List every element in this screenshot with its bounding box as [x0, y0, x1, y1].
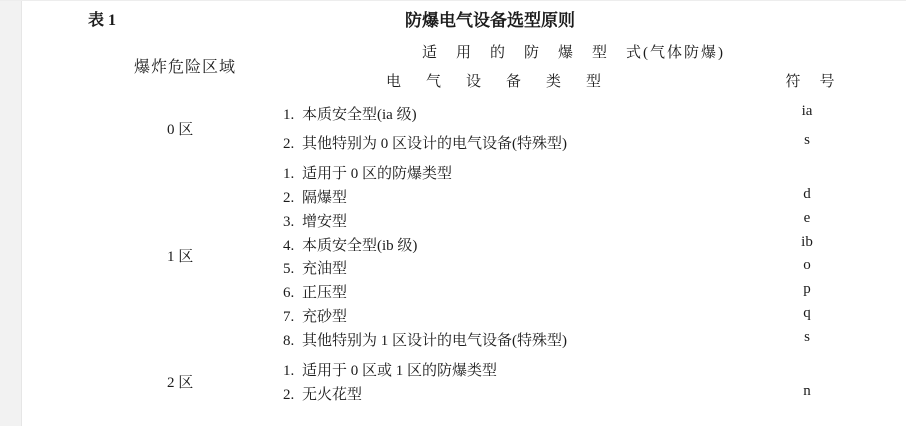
item-number: 1. [283, 107, 302, 124]
item-text: 隔爆型 [302, 190, 347, 206]
item-number: 3. [283, 214, 302, 231]
item-text: 正压型 [302, 285, 347, 301]
item-text: 本质安全型(ia 级) [302, 107, 417, 123]
item-text: 适用于 0 区或 1 区的防爆类型 [302, 363, 497, 379]
table-row: 4.本质安全型(ib 级) ib [0, 234, 906, 252]
item-text: 充砂型 [302, 309, 347, 325]
table-row: 3.增安型 e [0, 210, 906, 228]
table-row: 1.本质安全型(ia 级) ia [0, 103, 906, 121]
column-header-symbol: 符 号 [785, 70, 836, 91]
item-symbol: e [804, 210, 811, 227]
table-row: 1.适用于 0 区或 1 区的防爆类型 [0, 359, 906, 377]
table-row: 7.充砂型 q [0, 305, 906, 323]
item-text: 其他特别为 0 区设计的电气设备(特殊型) [302, 136, 567, 152]
item-number: 2. [283, 136, 302, 153]
table-number-label: 表 1 [88, 7, 116, 30]
item-number: 6. [283, 285, 302, 302]
item-number: 8. [283, 333, 302, 350]
item-text: 充油型 [302, 261, 347, 277]
item-text: 其他特别为 1 区设计的电气设备(特殊型) [302, 333, 567, 349]
item-symbol: p [803, 281, 811, 298]
item-number: 2. [283, 387, 302, 404]
item-symbol: n [803, 383, 811, 400]
document-page: 表 1 防爆电气设备选型原则 爆炸危险区域 适 用 的 防 爆 型 式(气体防爆… [0, 0, 906, 426]
column-header-protection-type: 适 用 的 防 爆 型 式(气体防爆) [422, 41, 725, 62]
table-row: 2.隔爆型 d [0, 186, 906, 204]
table-row: 5.充油型 o [0, 257, 906, 275]
page-title: 防爆电气设备选型原则 [405, 6, 575, 31]
table-row: 8.其他特别为 1 区设计的电气设备(特殊型) s [0, 329, 906, 347]
item-symbol: d [803, 186, 811, 203]
item-number: 1. [283, 166, 302, 183]
item-number: 4. [283, 238, 302, 255]
item-text: 无火花型 [302, 387, 362, 403]
item-text: 本质安全型(ib 级) [302, 238, 417, 254]
table-row: 1.适用于 0 区的防爆类型 [0, 162, 906, 180]
item-number: 7. [283, 309, 302, 326]
column-header-equipment-type: 电 气 设 备 类 型 [386, 70, 606, 91]
item-symbol: ib [801, 234, 813, 251]
item-symbol: q [803, 305, 811, 322]
item-number: 1. [283, 363, 302, 380]
item-text: 适用于 0 区的防爆类型 [302, 166, 452, 182]
table-row: 6.正压型 p [0, 281, 906, 299]
item-symbol: s [804, 329, 810, 346]
column-header-zone: 爆炸危险区域 [134, 54, 236, 77]
item-text: 增安型 [302, 214, 347, 230]
item-number: 2. [283, 190, 302, 207]
item-symbol: ia [802, 103, 813, 120]
item-symbol: s [804, 132, 810, 149]
table-row: 2.无火花型 n [0, 383, 906, 401]
table-row: 2.其他特别为 0 区设计的电气设备(特殊型) s [0, 132, 906, 150]
item-number: 5. [283, 261, 302, 278]
item-symbol: o [803, 257, 811, 274]
